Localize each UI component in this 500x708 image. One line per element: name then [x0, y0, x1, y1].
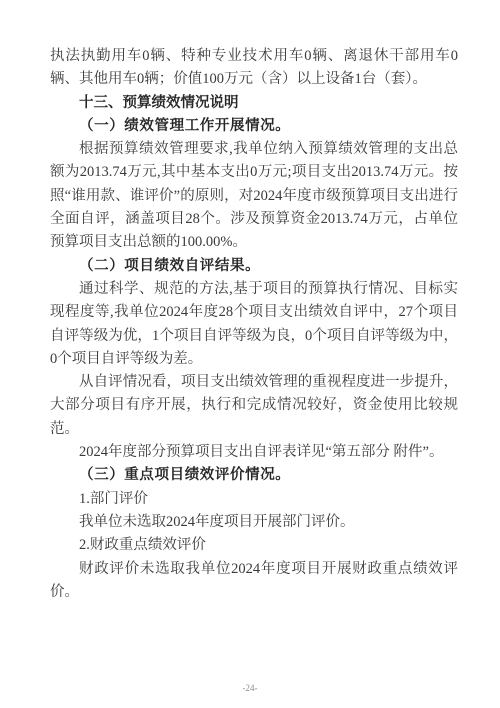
paragraph-department-evaluation-label: 1.部门评价	[50, 488, 458, 511]
document-page: 执法执勤用车0辆、特种专业技术用车0辆、离退休干部用车0辆、其他用车0辆；价值1…	[0, 0, 500, 708]
heading-section-thirteen-budget-performance: 十三、预算绩效情况说明	[50, 92, 458, 115]
heading-project-self-evaluation-results: （二）项目绩效自评结果。	[50, 255, 458, 278]
paragraph-department-evaluation-detail: 我单位未选取2024年度项目开展部门评价。	[50, 511, 458, 534]
heading-key-project-evaluation: （三）重点项目绩效评价情况。	[50, 464, 458, 487]
paragraph-finance-evaluation-detail: 财政评价未选取我单位2024年度项目开展财政重点绩效评价。	[50, 558, 458, 605]
page-number: -24-	[0, 682, 500, 694]
paragraph-performance-management-detail: 根据预算绩效管理要求,我单位纳入预算绩效管理的支出总额为2013.74万元,其中…	[50, 138, 458, 254]
paragraph-finance-evaluation-label: 2.财政重点绩效评价	[50, 534, 458, 557]
paragraph-vehicle-continuation: 执法执勤用车0辆、特种专业技术用车0辆、离退休干部用车0辆、其他用车0辆；价值1…	[50, 45, 458, 92]
paragraph-self-evaluation-summary: 从自评情况看，项目支出绩效管理的重视程度进一步提升，大部分项目有序开展，执行和完…	[50, 371, 458, 441]
paragraph-self-evaluation-detail: 通过科学、规范的方法,基于项目的预算执行情况、目标实现程度等,我单位2024年度…	[50, 278, 458, 371]
heading-performance-management-work: （一）绩效管理工作开展情况。	[50, 115, 458, 138]
paragraph-appendix-reference: 2024年度部分预算项目支出自评表详见“第五部分 附件”。	[50, 441, 458, 464]
document-text-block: 执法执勤用车0辆、特种专业技术用车0辆、离退休干部用车0辆、其他用车0辆；价值1…	[50, 45, 458, 604]
